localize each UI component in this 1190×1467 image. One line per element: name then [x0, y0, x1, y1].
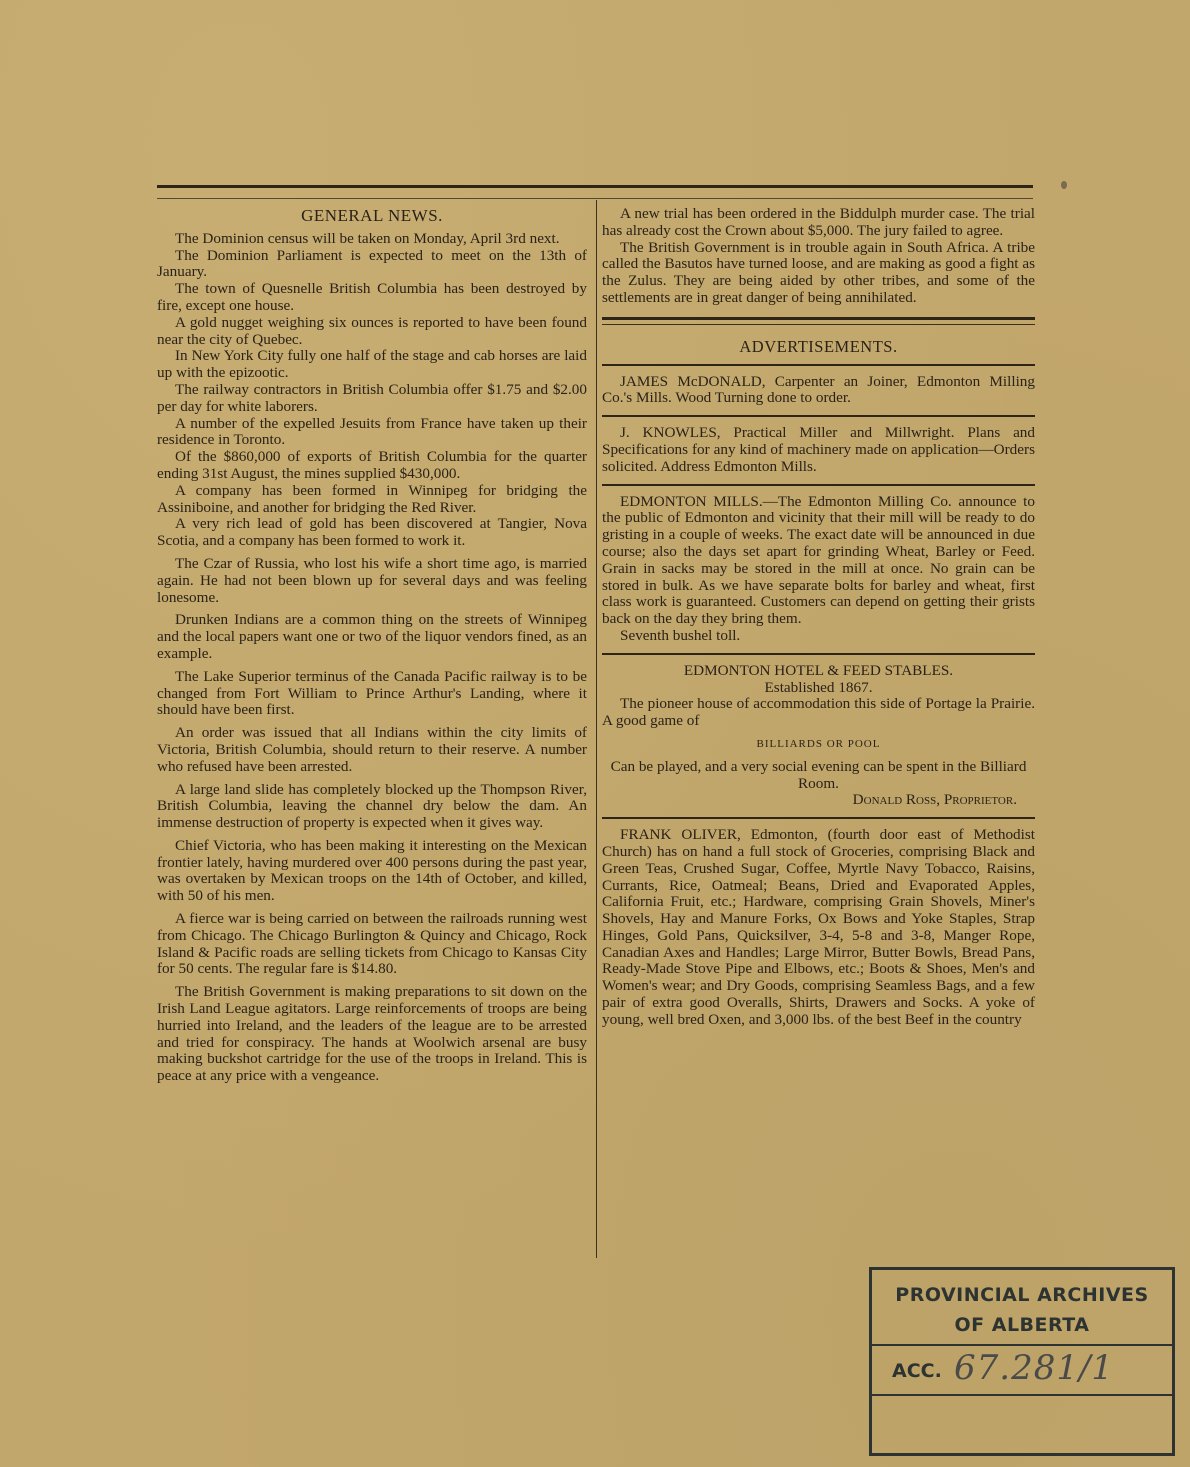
- top-rule-thin: [157, 198, 1033, 199]
- ad-knowles: J. KNOWLES, Practical Miller and Millwri…: [602, 425, 1035, 475]
- news-item: A company has been formed in Winnipeg fo…: [157, 483, 587, 517]
- ad-hotel-body: The pioneer house of accommodation this …: [602, 696, 1035, 730]
- news-item: The Lake Superior terminus of the Canada…: [157, 669, 587, 719]
- ad-hotel-proprietor: Donald Ross, Proprietor.: [602, 792, 1035, 809]
- ad-frank-oliver: FRANK OLIVER, Edmonton, (fourth door eas…: [602, 827, 1035, 1029]
- ad-mcdonald: JAMES McDONALD, Carpenter an Joiner, Edm…: [602, 374, 1035, 408]
- stamp-accession-row: ACC. 67.281/1: [872, 1346, 1172, 1396]
- ad-hotel-title: EDMONTON HOTEL & FEED STABLES.: [602, 663, 1035, 680]
- news-item: In New York City fully one half of the s…: [157, 348, 587, 382]
- news-item: The railway contractors in British Colum…: [157, 382, 587, 416]
- column-divider: [596, 200, 597, 1258]
- stamp-acc-label: ACC.: [892, 1360, 942, 1382]
- advertisements-heading: ADVERTISEMENTS.: [602, 339, 1035, 356]
- news-item: The Dominion census will be taken on Mon…: [157, 231, 587, 248]
- news-item: A gold nugget weighing six ounces is rep…: [157, 315, 587, 349]
- general-news-heading: GENERAL NEWS.: [157, 208, 587, 225]
- ad-hotel-billiards: BILLIARDS OR POOL: [602, 736, 1035, 753]
- archives-stamp: PROVINCIAL ARCHIVES OF ALBERTA ACC. 67.2…: [869, 1267, 1175, 1456]
- ad-edmonton-mills: EDMONTON MILLS.—The Edmonton Milling Co.…: [602, 494, 1035, 628]
- top-rule-thick: [157, 185, 1033, 188]
- stamp-acc-number: 67.281/1: [954, 1348, 1114, 1388]
- news-item: A fierce war is being carried on between…: [157, 911, 587, 978]
- ad-rule: [602, 484, 1035, 486]
- ad-hotel-body2: Can be played, and a very social evening…: [602, 759, 1035, 793]
- section-rule: [602, 317, 1035, 325]
- news-item: The British Government is making prepara…: [157, 984, 587, 1085]
- ad-mills-toll: Seventh bushel toll.: [602, 628, 1035, 645]
- ad-rule: [602, 364, 1035, 366]
- news-item: The British Government is in trouble aga…: [602, 240, 1035, 307]
- news-item: A number of the expelled Jesuits from Fr…: [157, 416, 587, 450]
- news-item: Drunken Indians are a common thing on th…: [157, 612, 587, 662]
- ad-hotel-established: Established 1867.: [602, 680, 1035, 697]
- ad-rule: [602, 653, 1035, 655]
- ad-rule: [602, 415, 1035, 417]
- ad-rule: [602, 817, 1035, 819]
- news-item: The town of Quesnelle British Columbia h…: [157, 281, 587, 315]
- ink-spot: [1061, 181, 1067, 189]
- stamp-line-1: PROVINCIAL ARCHIVES: [872, 1280, 1172, 1310]
- left-column: GENERAL NEWS. The Dominion census will b…: [157, 206, 587, 1085]
- news-item: The Czar of Russia, who lost his wife a …: [157, 556, 587, 606]
- news-item: Chief Victoria, who has been making it i…: [157, 838, 587, 905]
- news-item: A large land slide has completely blocke…: [157, 782, 587, 832]
- news-item: A very rich lead of gold has been discov…: [157, 516, 587, 550]
- news-item: Of the $860,000 of exports of British Co…: [157, 449, 587, 483]
- stamp-line-2: OF ALBERTA: [872, 1310, 1172, 1340]
- right-column: A new trial has been ordered in the Bidd…: [602, 206, 1035, 1029]
- news-item: The Dominion Parliament is expected to m…: [157, 248, 587, 282]
- stamp-header: PROVINCIAL ARCHIVES OF ALBERTA: [872, 1270, 1172, 1346]
- news-item: A new trial has been ordered in the Bidd…: [602, 206, 1035, 240]
- news-item: An order was issued that all Indians wit…: [157, 725, 587, 775]
